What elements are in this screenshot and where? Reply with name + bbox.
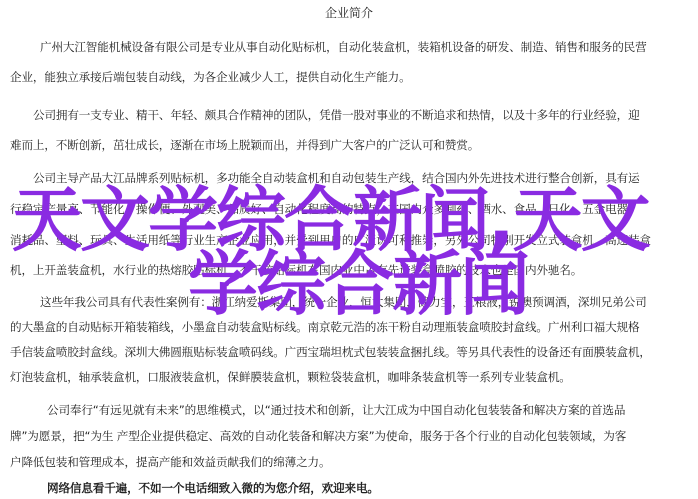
text-line: 公司主导产品大江品牌系列贴标机，多功能全自动装盒机和自动包装生产线，结合国内外先… bbox=[33, 170, 640, 186]
text-line: 企业，能独立承接后端包装自动线，为各企业减少人工，提供自动化生产能力。 bbox=[10, 69, 411, 85]
text-line: 公司拥有一支专业、精干、年轻、颇具合作精神的团队，凭借一股对事业的不断追求和热情… bbox=[33, 107, 640, 123]
text-line: 网络信息看千遍，不如一个电话细致入微的为您介绍，欢迎来电。 bbox=[47, 480, 379, 496]
text-line: 广州大江智能机械设备有限公司是专业从事自动化贴标机，自动化装盒机，装箱机设备的研… bbox=[40, 39, 647, 55]
text-line: 公司奉行“有远见就有未来”的思维模式，以“通过技术和创新，让大江成为中国自动化包… bbox=[47, 402, 625, 418]
text-line: 机，上开盖装盒机，水行业的热熔胶贴标机，不干胶贴标机在国内业中占有先进装盒喷胶的… bbox=[10, 262, 582, 278]
text-line: 牌”为愿景，把“为生 产型企业提供稳定、高效的自动化装备和解决方案”为使命，服务… bbox=[10, 428, 626, 444]
document-title: 企业简介 bbox=[0, 5, 698, 21]
text-line: 这些年我公司具有代表性案例有：浙江纳爱斯集团，统一企业，恒大集团，健力宝，五粮液… bbox=[40, 294, 647, 310]
text-line: 行稳定产量高、节能化、操作便、外观美、品质好、自动化程度高的特点，在国内众多制药… bbox=[10, 201, 639, 217]
company-profile-document: 企业简介 广州大江智能机械设备有限公司是专业从事自动化贴标机，自动化装盒机，装箱… bbox=[0, 0, 698, 499]
text-line: 灯泡装盒机，轴承装盒机，口服液装盒机，保鲜膜装盒机，颗粒袋装盒机，咖啡条装盒机等… bbox=[10, 369, 571, 385]
text-line: 的大墨盒的自动贴标开箱装箱线，小墨盒自动装盒贴标线。南京乾元浩的冻干粉自动理瓶装… bbox=[10, 319, 639, 335]
text-line: 消耗品、塑料、玩具、生活用纸等行业生产企业应用，并受到用户的广泛认可和推崇，另外… bbox=[10, 232, 651, 248]
text-line: 手信装盒喷胶封盒线。深圳大佛圆瓶贴标装盒喷码线。广西宝瑞坦枕式包装装盒捆扎线。等… bbox=[10, 344, 651, 360]
text-line: 难而上，不断创新，茁壮成长，逐渐在市场上脱颖而出，并得到广大客户的广泛认可和赞赏… bbox=[10, 137, 479, 153]
text-line: 户降低包装和管理成本，提高产能和效益贡献我们的绵薄之力。 bbox=[10, 454, 330, 470]
